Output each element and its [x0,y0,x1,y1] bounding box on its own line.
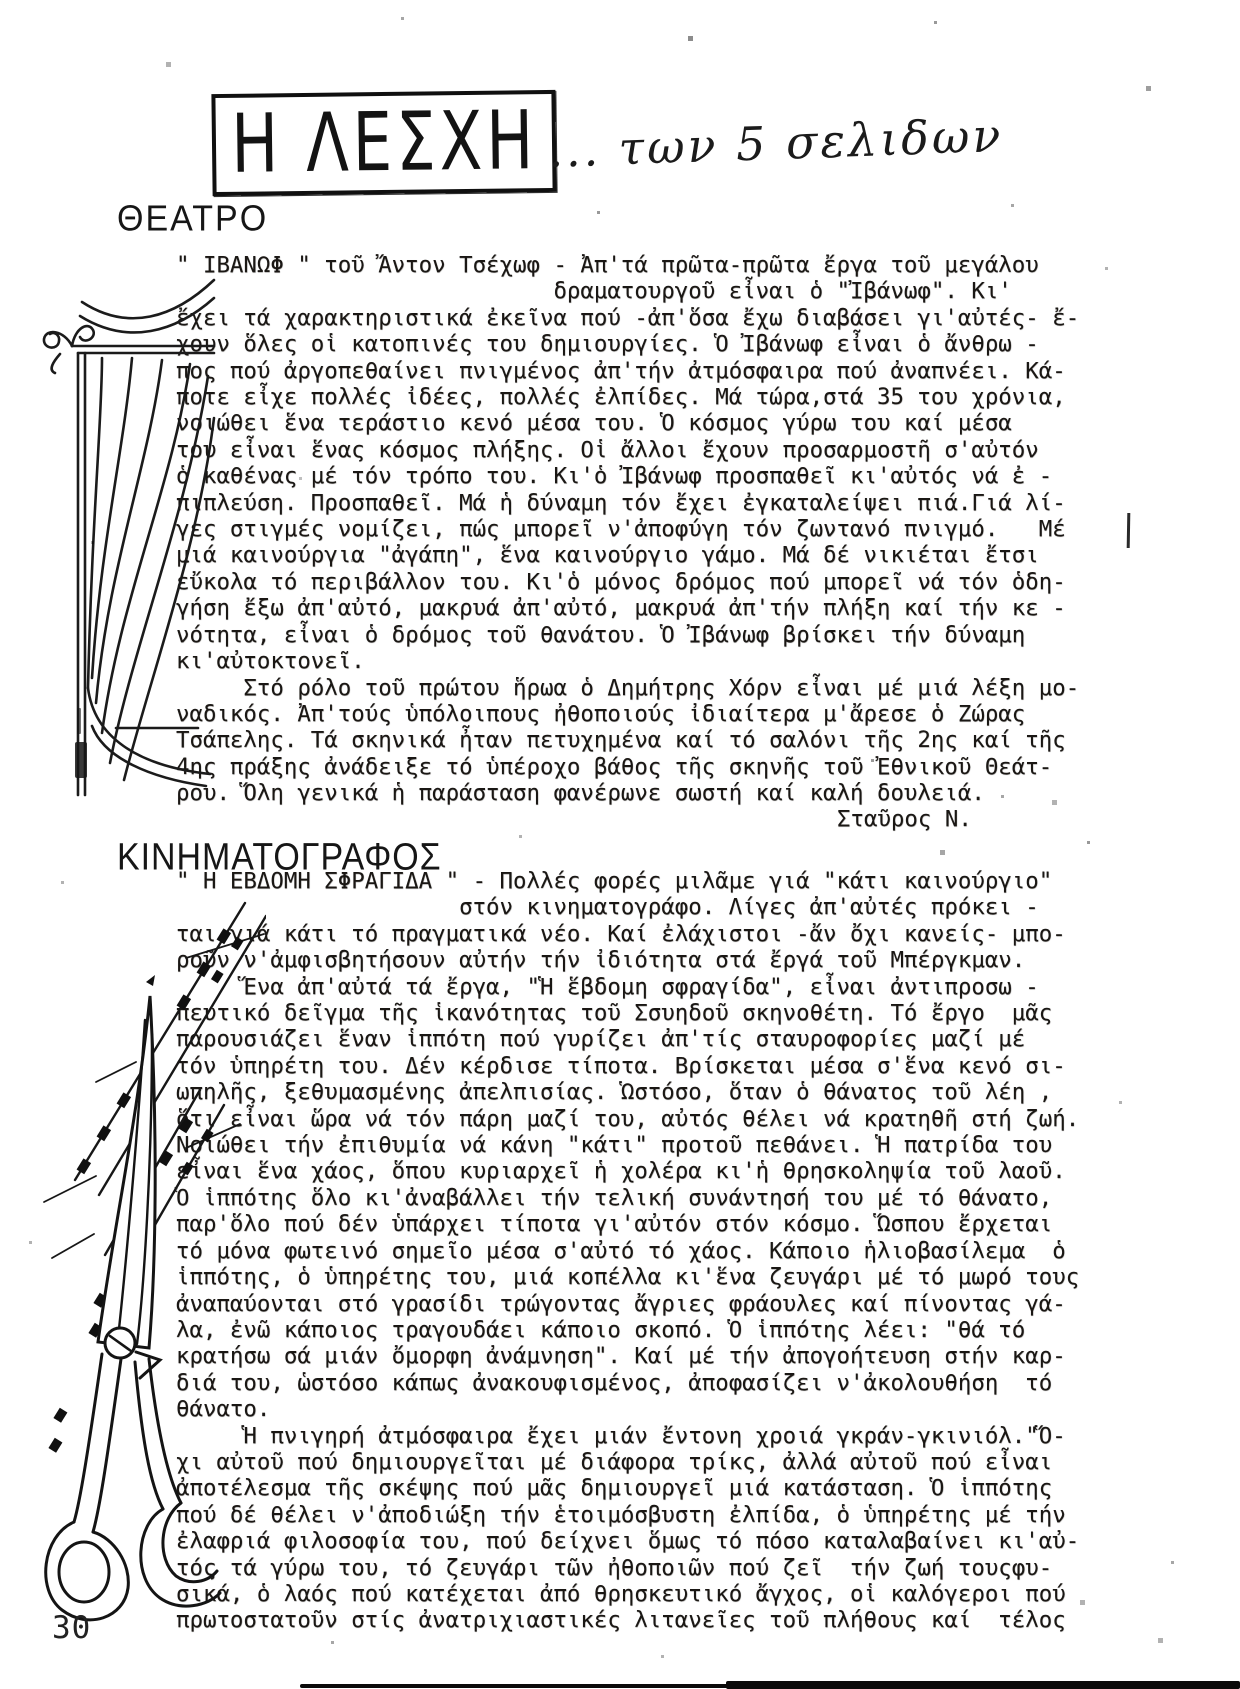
text-line: ωπηλῆς, ξεθυμασμένης ἀπελπισίας. Ὡστόσο,… [176,1079,1079,1105]
text-line: 4ης πράξης ἀνάδειξε τό ὑπέροχο βάθος τῆς… [176,754,1079,780]
text-line: ὅτι εἶναι ὥρα νά τόν πάρη μαζί του, αὐτό… [176,1106,1079,1132]
text-line: ροῦν ν'ἀμφισβητήσουν αὐτήν τήν ἰδιότητα … [176,947,1079,973]
text-line: τός τά γύρω του, τό ζευγάρι τῶν ἠθοποιῶν… [176,1555,1079,1581]
text-line: διά του, ὡστόσο κάπως ἀνακουφισμένος, ἀπ… [176,1370,1079,1396]
text-line: πού δέ θέλει ν'ἀποδιώξη τήν ἑτοιμόσβυστη… [176,1502,1079,1528]
text-line: πιπλεύση. Προσπαθεῖ. Μά ἡ δύναμη τόν ἔχε… [176,490,1079,516]
scan-edge-artifact [1127,513,1131,548]
masthead-title-box: Η ΛΕΣΧΗ [211,90,556,196]
text-line: πευτικό δεῖγμα τῆς ἱκανότητας τοῦ Σσυηδο… [176,1000,1079,1026]
cinema-article-text: " Η ΕΒΔΟΜΗ ΣΦΡΑΓΙΔΑ " - Πολλές φορές μιλ… [176,868,1079,1634]
curtain-illustration [28,258,218,803]
text-line: στόν κινηματογράφο. Λίγες ἀπ'αὐτές πρόκε… [176,894,1079,920]
text-line: εἶναι ἕνα χάος, ὅπου κυριαρχεῖ ἡ χολέρα … [176,1158,1079,1184]
theatre-byline: Σταῦρος Ν. [837,806,972,832]
scissors-film-illustration [36,896,266,1631]
text-line: κρατήσω σά μιάν ὄμορφη ἀνάμνηση". Καί μέ… [176,1343,1079,1369]
text-line: γήση ἔξω ἀπ'αὐτό, μακρυά ἀπ'αὐτό, μακρυά… [176,595,1079,621]
text-line: ἔχει τά χαρακτηριστικά ἐκεῖνα πού -ἀπ'ὅσ… [176,305,1079,331]
text-line: θάνατο. [176,1396,1079,1422]
text-line: παρουσιάζει ἕναν ἱππότη πού γυρίζει ἀπ'τ… [176,1026,1079,1052]
text-line: Νοιώθει τήν ἐπιθυμία νά κάνη "κάτι" προτ… [176,1132,1079,1158]
page-number: 30 [52,1610,91,1646]
text-line: Στό ρόλο τοῦ πρώτου ἥρωα ὁ Δημήτρης Χόρν… [176,675,1079,701]
text-line: ἀποτέλεσμα τῆς σκέψης πού μᾶς δημιουργεῖ… [176,1475,1079,1501]
masthead-subtitle: ... των 5 σελιδων [547,108,1004,178]
scan-artifact-bar [726,1681,1240,1689]
text-line: Τσάπελης. Τά σκηνικά ἦταν πετυχημένα καί… [176,727,1079,753]
scanned-magazine-page: Η ΛΕΣΧΗ ... των 5 σελιδων ΘΕΑΤΡΟ " ΙΒΑΝΩ… [0,0,1240,1689]
page-title: Η ΛΕΣΧΗ [231,101,538,186]
text-line: πος πού ἀργοπεθαίνει πνιγμένος ἀπ'τήν ἀτ… [176,358,1079,384]
text-line: γες στιγμές νομίζει, πώς μπορεῖ ν'ἀποφύγ… [176,516,1079,542]
text-line: ποτε εἶχε πολλές ἰδέες, πολλές ἐλπίδες. … [176,384,1079,410]
curtain-lines [44,280,214,795]
text-line: Ἡ πνιγηρή ἀτμόσφαιρα ἔχει μιάν ἔντονη χρ… [176,1423,1079,1449]
text-line: πρωτοστατοῦν στίς ἀνατριχιαστικές λιτανε… [176,1607,1079,1633]
text-line: δραματουργοῦ εἶναι ὁ "Ἰβάνωφ". Κι' [176,278,1079,304]
text-line: τόν ὑπηρέτη του. Δέν κέρδισε τίποτα. Βρί… [176,1053,1079,1079]
section-heading-theatre: ΘΕΑΤΡΟ [117,199,268,240]
text-line: λα, ἐνῶ κάποιος τραγουδάει κάποιο σκοπό.… [176,1317,1079,1343]
scan-noise-specks [0,0,1,1]
text-line: ται γιά κάτι τό πραγματικά νέο. Καί ἐλάχ… [176,921,1079,947]
text-line: Ὁ ἱππότης ὅλο κι'ἀναβάλλει τήν τελική συ… [176,1185,1079,1211]
text-line: ἱππότης, ὁ ὑπηρέτης του, μιά κοπέλλα κι'… [176,1264,1079,1290]
text-line: τό μόνα φωτεινό σημεῖο μέσα σ'αὐτό τό χά… [176,1238,1079,1264]
text-line: ἐλαφριά φιλοσοφία του, πού δείχνει ὅμως … [176,1528,1079,1554]
scissors-shape [46,996,220,1620]
text-line: χουν ὅλες οἱ κατοπινές του δημιουργίες. … [176,331,1079,357]
theatre-article-text: " ΙΒΑΝΩΦ " τοῦ Ἄντον Τσέχωφ - Ἀπ'τά πρῶτ… [176,252,1079,807]
text-line: παρ'ὅλο πού δέν ὑπάρχει τίποτα γι'αὐτόν … [176,1211,1079,1237]
text-line: νότητα, εἶναι ὁ δρόμος τοῦ θανάτου. Ὁ Ἰβ… [176,622,1079,648]
text-line: ρου. Ὅλη γενικά ἡ παράσταση φανέρωνε σωσ… [176,780,1079,806]
text-line: νοιώθει ἕνα τεράστιο κενό μέσα του. Ὁ κό… [176,410,1079,436]
text-line: του εἶναι ἕνας κόσμος πλήξης. Οἱ ἄλλοι ἔ… [176,437,1079,463]
scan-artifact-bar [300,1684,728,1688]
text-line: ὁ καθένας μέ τόν τρόπο του. Κι'ὁ Ἰβάνωφ … [176,463,1079,489]
text-line: " ΙΒΑΝΩΦ " τοῦ Ἄντον Τσέχωφ - Ἀπ'τά πρῶτ… [176,252,1079,278]
text-line: μιά καινούργια "ἀγάπη", ἕνα καινούργιο γ… [176,542,1079,568]
text-line: ἀναπαύονται στό γρασίδι τρώγοντας ἄγριες… [176,1291,1079,1317]
text-line: κι'αὐτοκτονεῖ. [176,648,1079,674]
text-line: εὔκολα τό περιβάλλον του. Κι'ὁ μόνος δρό… [176,569,1079,595]
text-line: χι αὐτοῦ πού δημιουργεῖται μέ διάφορα τρ… [176,1449,1079,1475]
text-line: ναδικός. Ἀπ'τούς ὑπόλοιπους ἠθοποιούς ἰδ… [176,701,1079,727]
text-line: " Η ΕΒΔΟΜΗ ΣΦΡΑΓΙΔΑ " - Πολλές φορές μιλ… [176,868,1079,894]
text-line: σικά, ὁ λαός πού κατέχεται ἀπό θρησκευτι… [176,1581,1079,1607]
text-line: Ἕνα ἀπ'αὐτά τά ἔργα, "Ἡ ἕβδομη σφραγίδα"… [176,974,1079,1000]
